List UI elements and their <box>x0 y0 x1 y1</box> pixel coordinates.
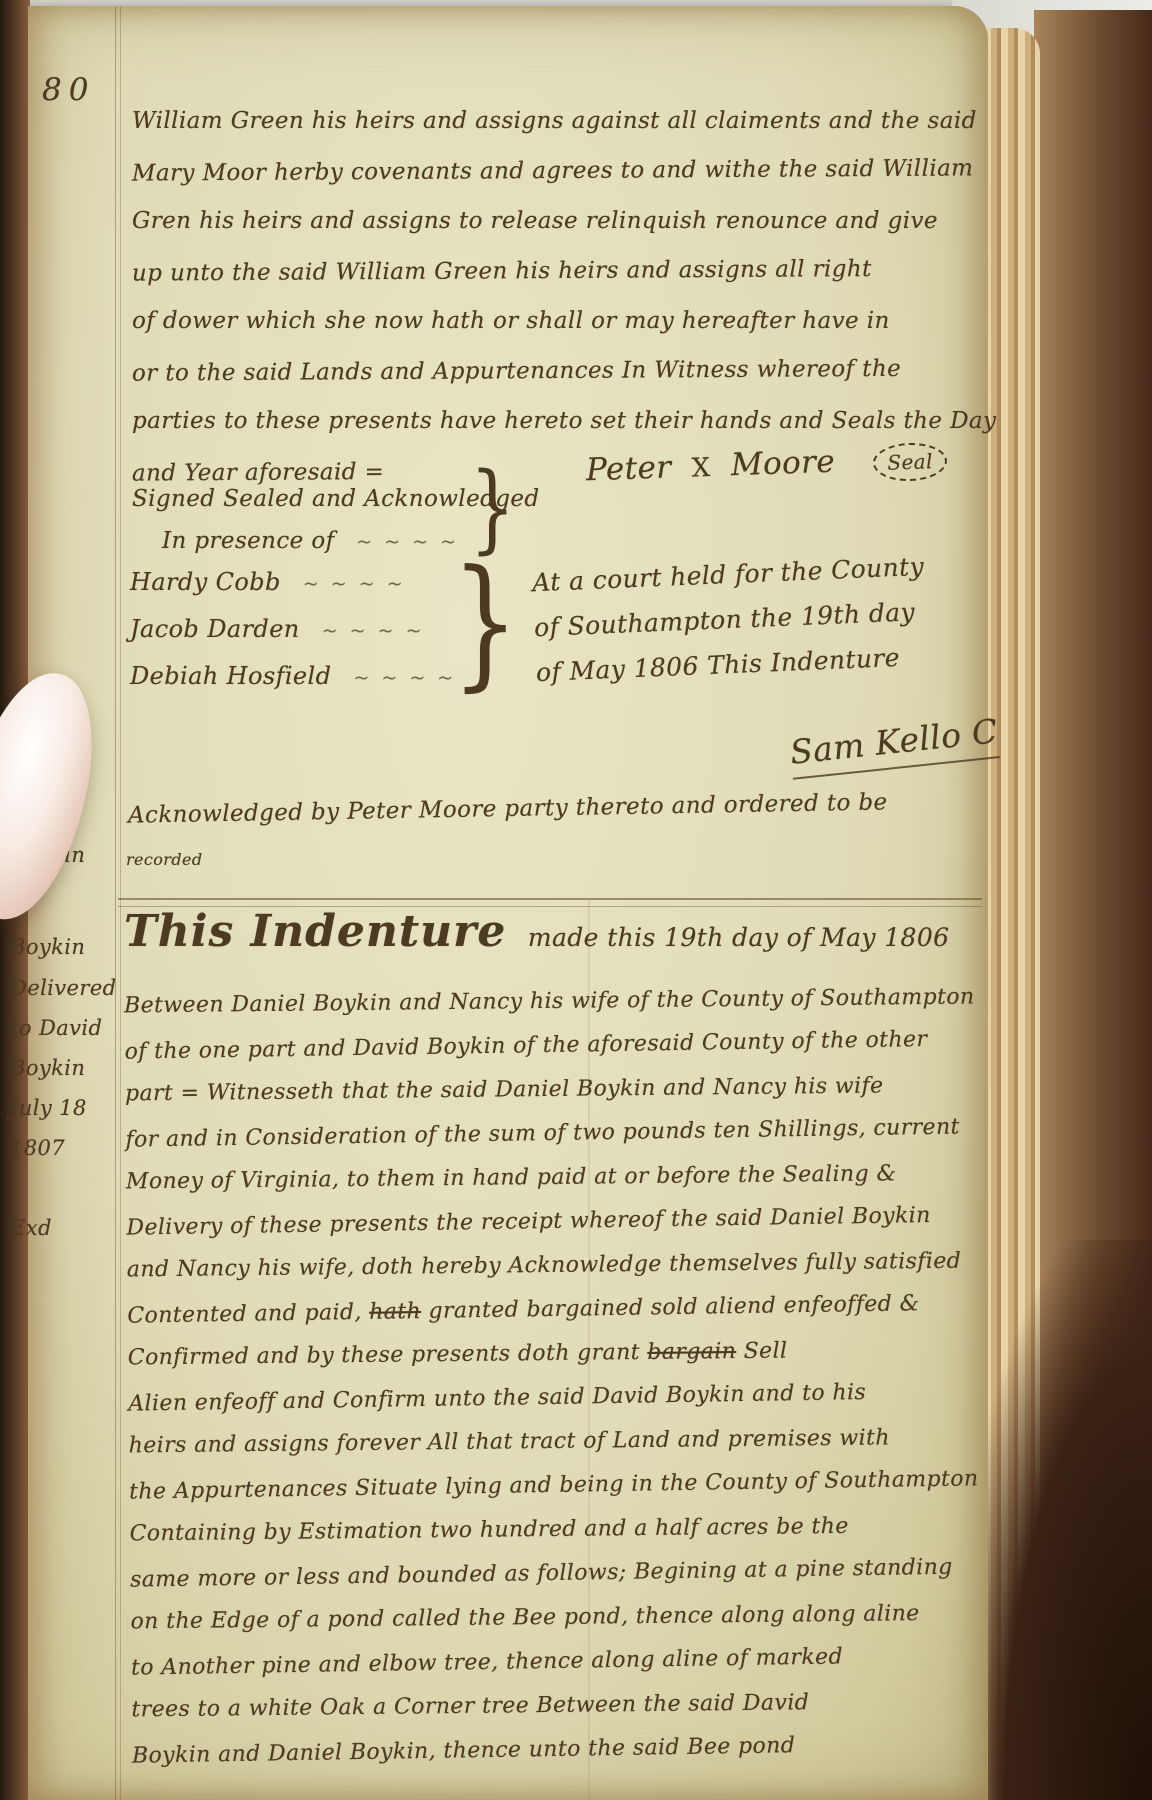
indenture-heading-date: made this 19th day of May 1806 <box>528 923 950 952</box>
attest-text: In presence of <box>162 528 335 554</box>
manuscript-line: Gren his heirs and assigns to release re… <box>132 196 972 246</box>
margin-grantee: Boykin <box>10 924 116 970</box>
struck-word: bargain <box>647 1339 736 1365</box>
ditto-squiggle: ~ ~ ~ ~ <box>322 620 425 642</box>
witness-name-row: Debiah Hosfield ~ ~ ~ ~ <box>130 654 456 701</box>
ditto-squiggle: ~ ~ ~ ~ <box>303 573 406 595</box>
margin-line: Delivered <box>10 968 116 1008</box>
manuscript-line: or to the said Lands and Appurtenances I… <box>132 343 972 398</box>
witness-name: Jacob Darden <box>130 615 300 643</box>
brace-glyph: } <box>451 540 519 705</box>
entry2-body: Between Daniel Boykin and Nancy his wife… <box>124 976 972 1777</box>
margin-line: to David <box>10 1008 116 1048</box>
ditto-squiggle: ~ ~ ~ ~ <box>356 531 459 553</box>
page-number: 80 <box>42 72 95 108</box>
line-text: Confirmed and by these presents doth gra… <box>128 1340 648 1370</box>
manuscript-line: Mary Moor herby covenants and agrees to … <box>132 143 972 198</box>
line-text: Contented and paid, <box>127 1300 369 1329</box>
ditto-squiggle: ~ ~ ~ ~ <box>353 667 456 689</box>
margin-line: 1807 <box>10 1128 116 1168</box>
manuscript-line: of dower which she now hath or shall or … <box>132 296 972 346</box>
margin-line: Boykin <box>10 1048 116 1088</box>
his-mark-x: X <box>691 453 711 484</box>
line-text: Sell <box>736 1338 787 1364</box>
deed-book-photo: 80 William Green his heirs and assigns a… <box>0 0 1152 1800</box>
witness-name: Debiah Hosfield <box>130 662 331 690</box>
signer-last-name: Moore <box>730 444 835 484</box>
signer-first-name: Peter <box>585 449 672 488</box>
book-shadow <box>962 1240 1152 1800</box>
line-text: granted bargained sold aliend enfeoffed … <box>421 1291 920 1324</box>
margin-delivery-note: Delivered to David Boykin July 18 1807 <box>10 968 116 1168</box>
witness-name-row: Jacob Darden ~ ~ ~ ~ <box>130 607 456 654</box>
witness-name-row: Hardy Cobb ~ ~ ~ ~ <box>130 560 456 607</box>
witness-names: Hardy Cobb ~ ~ ~ ~ Jacob Darden ~ ~ ~ ~ … <box>130 560 456 701</box>
indenture-heading: This Indenture <box>124 906 506 957</box>
seal-badge: Seal <box>873 442 948 483</box>
margin-line: July 18 <box>10 1088 116 1128</box>
manuscript-line: William Green his heirs and assigns agai… <box>132 96 972 146</box>
struck-word: hath <box>369 1299 421 1325</box>
manuscript-line: parties to these presents have hereto se… <box>132 396 972 446</box>
manuscript-line: up unto the said William Green his heirs… <box>132 243 972 298</box>
entry2-heading: This Indenture made this 19th day of May… <box>124 906 949 957</box>
entry1-body: William Green his heirs and assigns agai… <box>132 96 972 496</box>
recorded-note: recorded <box>126 850 203 869</box>
court-attestation: At a court held for the County of Southa… <box>531 544 928 695</box>
witness-name: Hardy Cobb <box>130 568 281 596</box>
margin-exd-note: Exd <box>10 1205 116 1251</box>
